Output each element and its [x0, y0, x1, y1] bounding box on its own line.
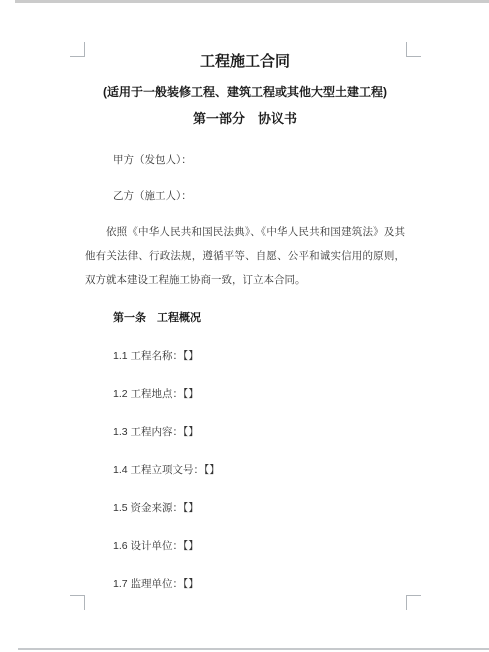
margin-crop-mark-bottom-right	[406, 595, 421, 610]
margin-crop-mark-top-right	[406, 42, 421, 57]
contract-item-1-4: 1.4 工程立项文号：【】	[85, 462, 405, 478]
preamble-paragraph: 依照《中华人民共和国民法典》、《中华人民共和国建筑法》及其他有关法律、行政法规，…	[85, 220, 405, 292]
document-page: 工程施工合同 (适用于一般装修工程、建筑工程或其他大型土建工程) 第一部分 协议…	[0, 0, 489, 652]
contract-item-1-6: 1.6 设计单位：【】	[85, 538, 405, 554]
margin-crop-mark-top-left	[70, 42, 85, 57]
document-body: 工程施工合同 (适用于一般装修工程、建筑工程或其他大型土建工程) 第一部分 协议…	[85, 0, 405, 592]
document-subtitle: (适用于一般装修工程、建筑工程或其他大型土建工程)	[85, 84, 405, 100]
contract-item-1-3: 1.3 工程内容：【】	[85, 424, 405, 440]
article-1-heading: 第一条 工程概况	[85, 310, 405, 326]
contract-item-1-1: 1.1 工程名称：【】	[85, 348, 405, 364]
contract-item-1-5: 1.5 资金来源：【】	[85, 500, 405, 516]
page-bottom-edge	[18, 648, 489, 650]
document-title: 工程施工合同	[85, 52, 405, 72]
contract-item-1-2: 1.2 工程地点：【】	[85, 386, 405, 402]
margin-crop-mark-bottom-left	[70, 595, 85, 610]
party-a-line: 甲方（发包人）：	[85, 152, 405, 168]
part-one-heading: 第一部分 协议书	[85, 110, 405, 128]
contract-item-1-7: 1.7 监理单位：【】	[85, 576, 405, 592]
party-b-line: 乙方（施工人）：	[85, 188, 405, 204]
